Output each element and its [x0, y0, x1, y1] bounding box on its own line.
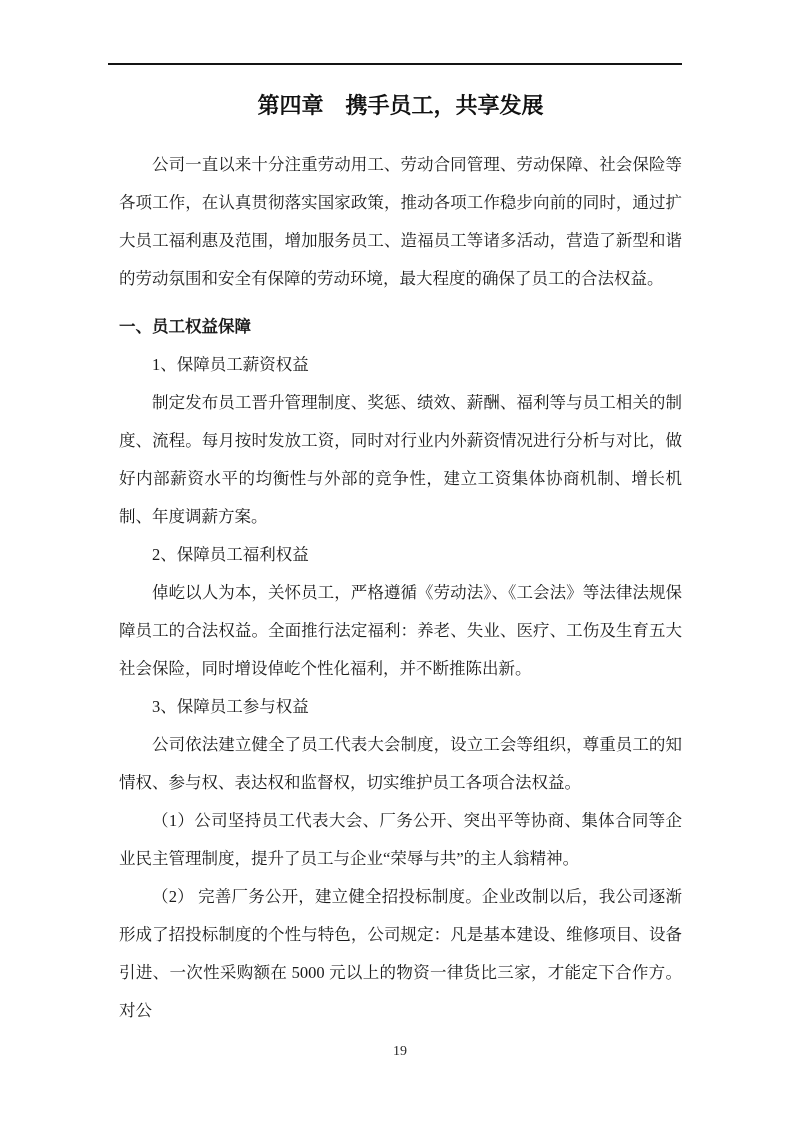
chapter-title: 第四章 携手员工，共享发展: [119, 86, 682, 126]
section-1-heading: 一、员工权益保障: [119, 308, 682, 346]
subsection-1-heading: 1、保障员工薪资权益: [119, 346, 682, 384]
subsection-2-heading: 2、保障员工福利权益: [119, 536, 682, 574]
subsection-2-body: 倬屹以人为本，关怀员工，严格遵循《劳动法》、《工会法》等法律法规保障员工的合法权…: [119, 574, 682, 688]
intro-paragraph: 公司一直以来十分注重劳动用工、劳动合同管理、劳动保障、社会保险等各项工作，在认真…: [119, 146, 682, 298]
subsection-3-item-2: （2） 完善厂务公开，建立健全招投标制度。企业改制以后，我公司逐渐形成了招投标制…: [119, 878, 682, 1030]
subsection-3-heading: 3、保障员工参与权益: [119, 688, 682, 726]
page-number: 19: [0, 1042, 800, 1062]
subsection-3-item-1: （1）公司坚持员工代表大会、厂务公开、突出平等协商、集体合同等企业民主管理制度，…: [119, 802, 682, 878]
page-content: 第四章 携手员工，共享发展 公司一直以来十分注重劳动用工、劳动合同管理、劳动保障…: [119, 86, 682, 1030]
subsection-1-body: 制定发布员工晋升管理制度、奖惩、绩效、薪酬、福利等与员工相关的制度、流程。每月按…: [119, 384, 682, 536]
subsection-3-body: 公司依法建立健全了员工代表大会制度，设立工会等组织，尊重员工的知情权、参与权、表…: [119, 726, 682, 802]
header-divider: [108, 63, 682, 65]
document-page: 第四章 携手员工，共享发展 公司一直以来十分注重劳动用工、劳动合同管理、劳动保障…: [0, 0, 800, 1131]
